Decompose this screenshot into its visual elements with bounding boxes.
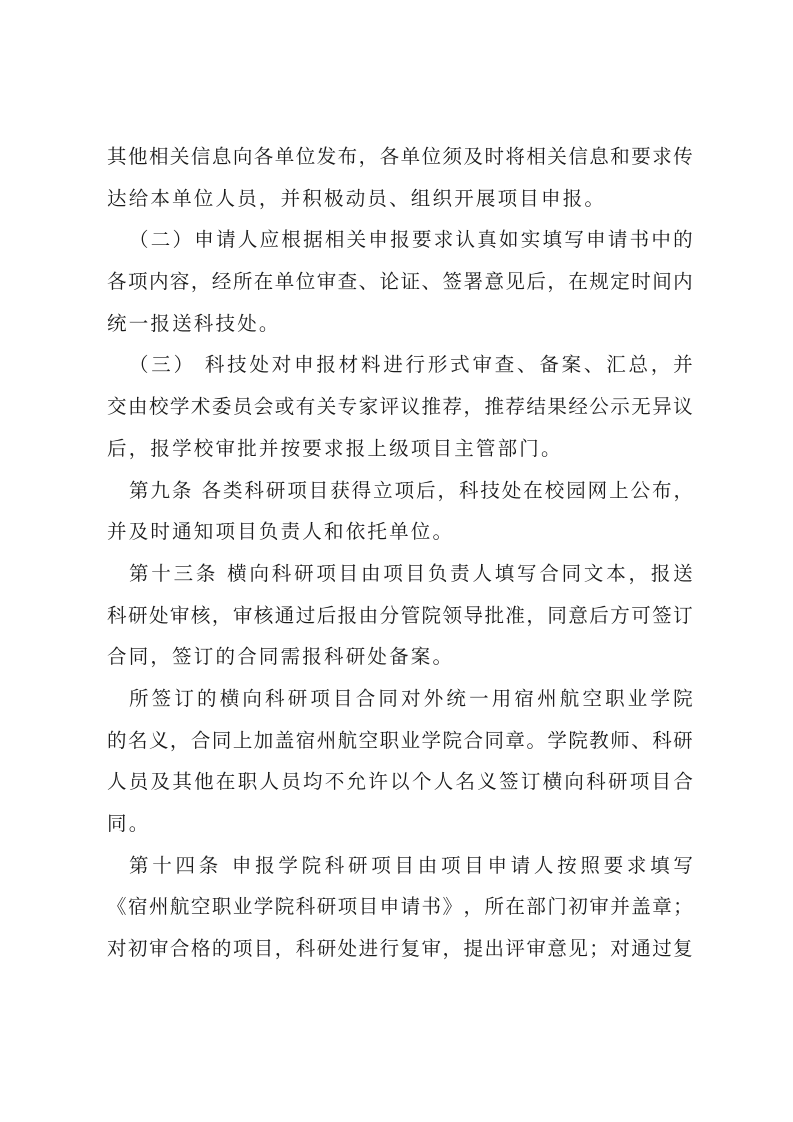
- text-line: 第十三条 横向科研项目由项目负责人填写合同文本，报送: [107, 553, 693, 595]
- text-line: 第九条 各类科研项目获得立项后，科技处在校园网上公布，: [107, 470, 693, 512]
- text-line: 并及时通知项目负责人和依托单位。: [107, 511, 693, 553]
- paragraph-p-article-13-cont: 所签订的横向科研项目合同对外统一用宿州航空职业学院的名义，合同上加盖宿州航空职业…: [107, 678, 693, 845]
- text-line: 科研处审核，审核通过后报由分管院领导批准，同意后方可签订: [107, 595, 693, 637]
- text-line: 各项内容，经所在单位审查、论证、签署意见后，在规定时间内: [107, 261, 693, 303]
- text-line: 对初审合格的项目，科研处进行复审，提出评审意见；对通过复: [107, 928, 693, 970]
- text-line: 的名义，合同上加盖宿州航空职业学院合同章。学院教师、科研: [107, 720, 693, 762]
- document-page: 其他相关信息向各单位发布，各单位须及时将相关信息和要求传达给本单位人员，并积极动…: [0, 0, 793, 1122]
- paragraph-p-continued: 其他相关信息向各单位发布，各单位须及时将相关信息和要求传达给本单位人员，并积极动…: [107, 136, 693, 219]
- text-line: 后，报学校审批并按要求报上级项目主管部门。: [107, 428, 693, 470]
- text-line: 《宿州航空职业学院科研项目申请书》，所在部门初审并盖章；: [107, 886, 693, 928]
- text-line: 达给本单位人员，并积极动员、组织开展项目申报。: [107, 178, 693, 220]
- text-line: （三） 科技处对申报材料进行形式审查、备案、汇总，并: [107, 344, 693, 386]
- text-line: 同。: [107, 803, 693, 845]
- text-line: 其他相关信息向各单位发布，各单位须及时将相关信息和要求传: [107, 136, 693, 178]
- text-line: 交由校学术委员会或有关专家评议推荐，推荐结果经公示无异议: [107, 386, 693, 428]
- text-line: （二）申请人应根据相关申报要求认真如实填写申请书中的: [107, 219, 693, 261]
- text-line: 所签订的横向科研项目合同对外统一用宿州航空职业学院: [107, 678, 693, 720]
- paragraph-p-item-2: （二）申请人应根据相关申报要求认真如实填写申请书中的各项内容，经所在单位审查、论…: [107, 219, 693, 344]
- text-line: 统一报送科技处。: [107, 303, 693, 345]
- paragraph-p-item-3: （三） 科技处对申报材料进行形式审查、备案、汇总，并交由校学术委员会或有关专家评…: [107, 344, 693, 469]
- text-line: 第十四条 申报学院科研项目由项目申请人按照要求填写: [107, 845, 693, 887]
- paragraph-p-article-14: 第十四条 申报学院科研项目由项目申请人按照要求填写《宿州航空职业学院科研项目申请…: [107, 845, 693, 970]
- document-body: 其他相关信息向各单位发布，各单位须及时将相关信息和要求传达给本单位人员，并积极动…: [107, 136, 693, 970]
- text-line: 合同，签订的合同需报科研处备案。: [107, 636, 693, 678]
- text-line: 人员及其他在职人员均不允许以个人名义签订横向科研项目合: [107, 761, 693, 803]
- paragraph-p-article-13: 第十三条 横向科研项目由项目负责人填写合同文本，报送科研处审核，审核通过后报由分…: [107, 553, 693, 678]
- paragraph-p-article-9: 第九条 各类科研项目获得立项后，科技处在校园网上公布，并及时通知项目负责人和依托…: [107, 470, 693, 553]
